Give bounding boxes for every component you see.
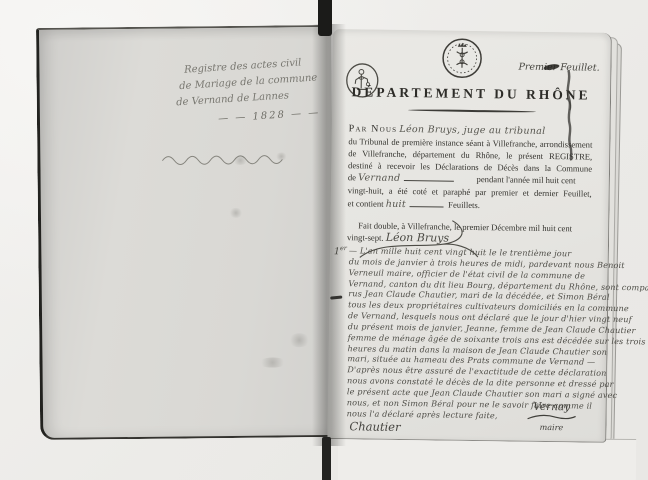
ink-smudge — [288, 333, 310, 347]
par-nous-label: Par Nous — [349, 123, 398, 135]
mayor-role-label: maire — [525, 423, 577, 433]
mayor-signature-block: Vernay maire — [525, 401, 577, 433]
handwritten-act-text: — L'an mille huit cent vingt huit le le … — [347, 245, 599, 422]
cover-handwritten-note: Registre des actes civil de Mariage de l… — [184, 52, 352, 129]
left-page-cover: Registre des actes civil de Mariage de l… — [36, 25, 335, 440]
contient-prefix: et contient — [348, 198, 384, 209]
binding-clamp-bottom — [322, 437, 331, 480]
judge-name-handwriting: Léon Bruys, juge au tribunal — [399, 124, 545, 137]
commune-prefix: de — [348, 173, 356, 183]
feuillets-count-handwriting: huit — [386, 198, 406, 209]
act-number: 1er — [334, 244, 347, 257]
declarant-signature: Chautier — [349, 419, 400, 434]
fill-in-rule — [409, 199, 443, 207]
signature-underline-flourish — [526, 414, 578, 423]
ink-smudge — [229, 208, 243, 218]
feuillets-label: Feuillets. — [448, 199, 480, 209]
mayor-signature: Vernay — [526, 401, 578, 414]
underlying-sheet-edge — [338, 437, 636, 480]
register-line-rest: pendant l'année mil huit cent — [477, 174, 576, 185]
right-page-register: Premier Feuillet. DÉPARTEMENT DU RHÔNE P… — [327, 29, 612, 443]
fill-in-rule — [403, 173, 453, 182]
crowned-emblem-seal-icon — [440, 37, 484, 81]
page-title: DÉPARTEMENT DU RHÔNE — [332, 84, 610, 104]
title-rule — [408, 109, 536, 113]
ink-smudge — [257, 357, 287, 367]
scanned-book-spread: Registre des actes civil de Mariage de l… — [0, 0, 648, 480]
margin-dash-mark — [330, 296, 342, 300]
commune-name-handwriting: Vernand — [358, 173, 400, 185]
binding-clamp-top — [318, 0, 332, 36]
